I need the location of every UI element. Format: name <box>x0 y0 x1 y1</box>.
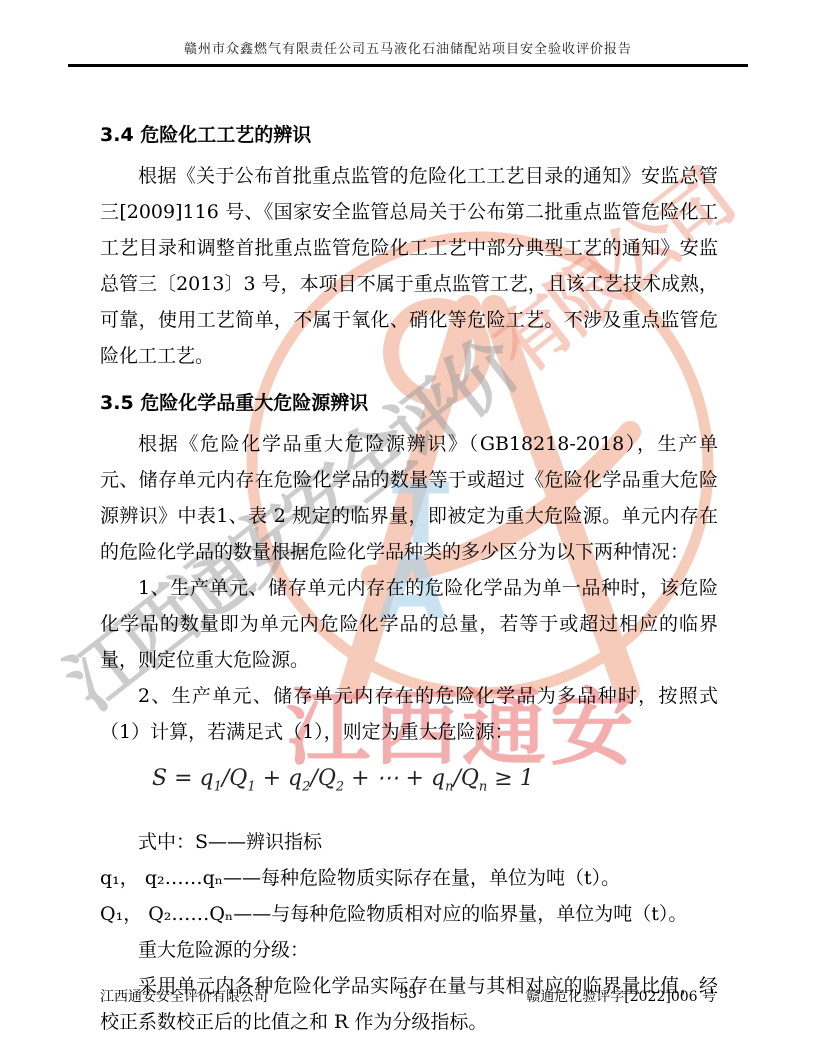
formula-definitions: 式中：S——辨识指标 q₁， q₂……qₙ——每种危险物质实际存在量，单位为吨（… <box>100 824 718 1040</box>
document-body: 3.4 危险化工工艺的辨识 根据《关于公布首批重点监管的危险化工工艺目录的通知》… <box>100 118 718 1040</box>
running-header-title: 赣州市众鑫燃气有限责任公司五马液化石油储配站项目安全验收评价报告 <box>0 38 816 57</box>
formula-1: S = q1/Q1 + q2/Q2 + ⋯ + qn/Qn ≥ 1 <box>152 764 718 802</box>
section-heading-3-5: 3.5 危险化学品重大危险源辨识 <box>100 386 718 420</box>
paragraph: 根据《关于公布首批重点监管的危险化工工艺目录的通知》安监总管三[2009]116… <box>100 158 718 374</box>
definition-line: Q₁， Q₂……Qₙ——与每种危险物质相对应的临界量，单位为吨（t）。 <box>100 896 718 932</box>
paragraph: 1、生产单元、储存单元内存在的危险化学品为单一品种时，该危险化学品的数量即为单元… <box>100 570 718 678</box>
page-footer: 江西通安安全评价有限公司 35 赣通危化验评字[2022]006 号 <box>100 986 716 1006</box>
document-page: 江西通安安全评价有限公司 T A 江西通安 赣州市众鑫燃气有限责任公司五马液化石… <box>0 0 816 1056</box>
definition-line: 重大危险源的分级： <box>100 932 718 968</box>
paragraph: 根据《危险化学品重大危险源辨识》（GB18218-2018），生产单元、储存单元… <box>100 426 718 570</box>
section-heading-3-4: 3.4 危险化工工艺的辨识 <box>100 118 718 152</box>
paragraph: 2、生产单元、储存单元内存在的危险化学品为多品种时，按照式（1）计算，若满足式（… <box>100 678 718 750</box>
footer-document-number: 赣通危化验评字[2022]006 号 <box>526 986 716 1006</box>
definition-line: 式中：S——辨识指标 <box>100 824 718 860</box>
definition-line: q₁， q₂……qₙ——每种危险物质实际存在量，单位为吨（t）。 <box>100 860 718 896</box>
header-rule <box>68 64 748 67</box>
